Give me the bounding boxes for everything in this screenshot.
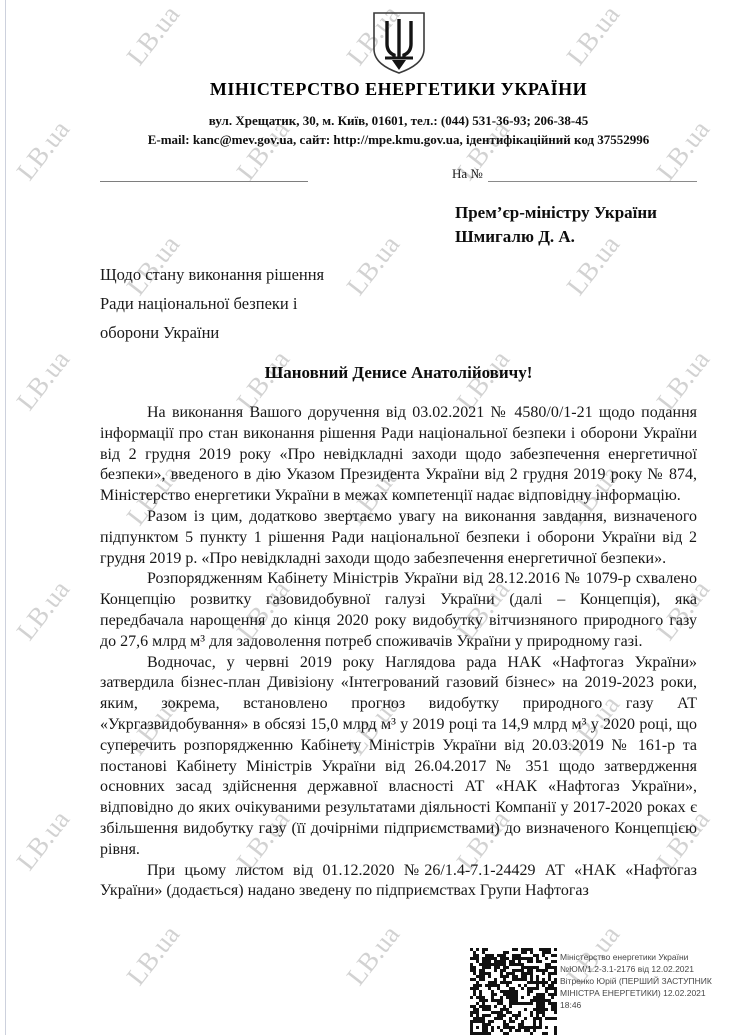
paragraph-5: При цьому листом від 01.12.2020 №26/1.4-… [100, 861, 697, 903]
watermark-text: LB.ua [561, 0, 627, 71]
subject-line-1: Щодо стану виконання рішення [100, 260, 350, 289]
subject-line-3: оборони України [100, 318, 350, 347]
watermark-text: LB.ua [121, 0, 187, 71]
address-line: вул. Хрещатик, 30, м. Київ, 01601, тел.:… [50, 113, 742, 129]
outgoing-number-blank-line [100, 168, 308, 182]
subject-block: Щодо стану виконання рішення Ради націон… [100, 260, 350, 347]
addressee-line-1: Прем’єр-міністру України [455, 201, 657, 225]
subject-line-2: Ради національної безпеки і [100, 289, 350, 318]
ukraine-trident-emblem [371, 11, 427, 75]
stamp-line-3: Вітренко Юрій (ПЕРШИЙ ЗАСТУПНИК [560, 975, 738, 987]
qr-code-stamp [470, 948, 557, 1035]
na-no-label: На № [452, 166, 488, 182]
watermark-text: LB.ua [341, 920, 407, 992]
incoming-reference-field: На № [452, 166, 697, 182]
ministry-title: МІНІСТЕРСТВО ЕНЕРГЕТИКИ УКРАЇНИ [100, 79, 697, 100]
paragraph-3: Розпорядженням Кабінету Міністрів Україн… [100, 569, 697, 652]
na-no-blank-line [488, 168, 697, 182]
scanned-letter-page: LB.uaLB.uaLB.uaLB.uaLB.uaLB.uaLB.uaLB.ua… [0, 0, 742, 1035]
watermark-text: LB.ua [11, 345, 77, 417]
paragraph-1: На виконання Вашого доручення від 03.02.… [100, 403, 697, 507]
paragraph-4: Водночас, у червні 2019 року Наглядова р… [100, 653, 697, 861]
watermark-text: LB.ua [11, 805, 77, 877]
paragraph-2: Разом із цим, додатково звертаємо увагу … [100, 507, 697, 569]
salutation: Шановний Денисе Анатолійовичу! [100, 363, 697, 383]
stamp-line-1: Міністерство енергетики України [560, 951, 738, 963]
watermark-text: LB.ua [341, 230, 407, 302]
digital-signature-stamp-text: Міністерство енергетики України №ЮМ/1.2-… [560, 951, 738, 1011]
stamp-line-5: 18:46 [560, 999, 738, 1011]
watermark-text: LB.ua [121, 920, 187, 992]
watermark-text: LB.ua [11, 575, 77, 647]
contact-line: E-mail: kanc@mev.gov.ua, сайт: http://mp… [50, 132, 742, 148]
addressee-line-2: Шмигалю Д. А. [455, 225, 657, 249]
stamp-line-4: МІНІСТРА ЕНЕРГЕТИКИ) 12.02.2021 [560, 987, 738, 999]
letter-body: На виконання Вашого доручення від 03.02.… [100, 403, 697, 902]
scan-edge-line [5, 0, 6, 1035]
stamp-line-2: №ЮМ/1.2-3.1-2176 від 12.02.2021 [560, 963, 738, 975]
addressee-block: Прем’єр-міністру України Шмигалю Д. А. [455, 201, 657, 249]
